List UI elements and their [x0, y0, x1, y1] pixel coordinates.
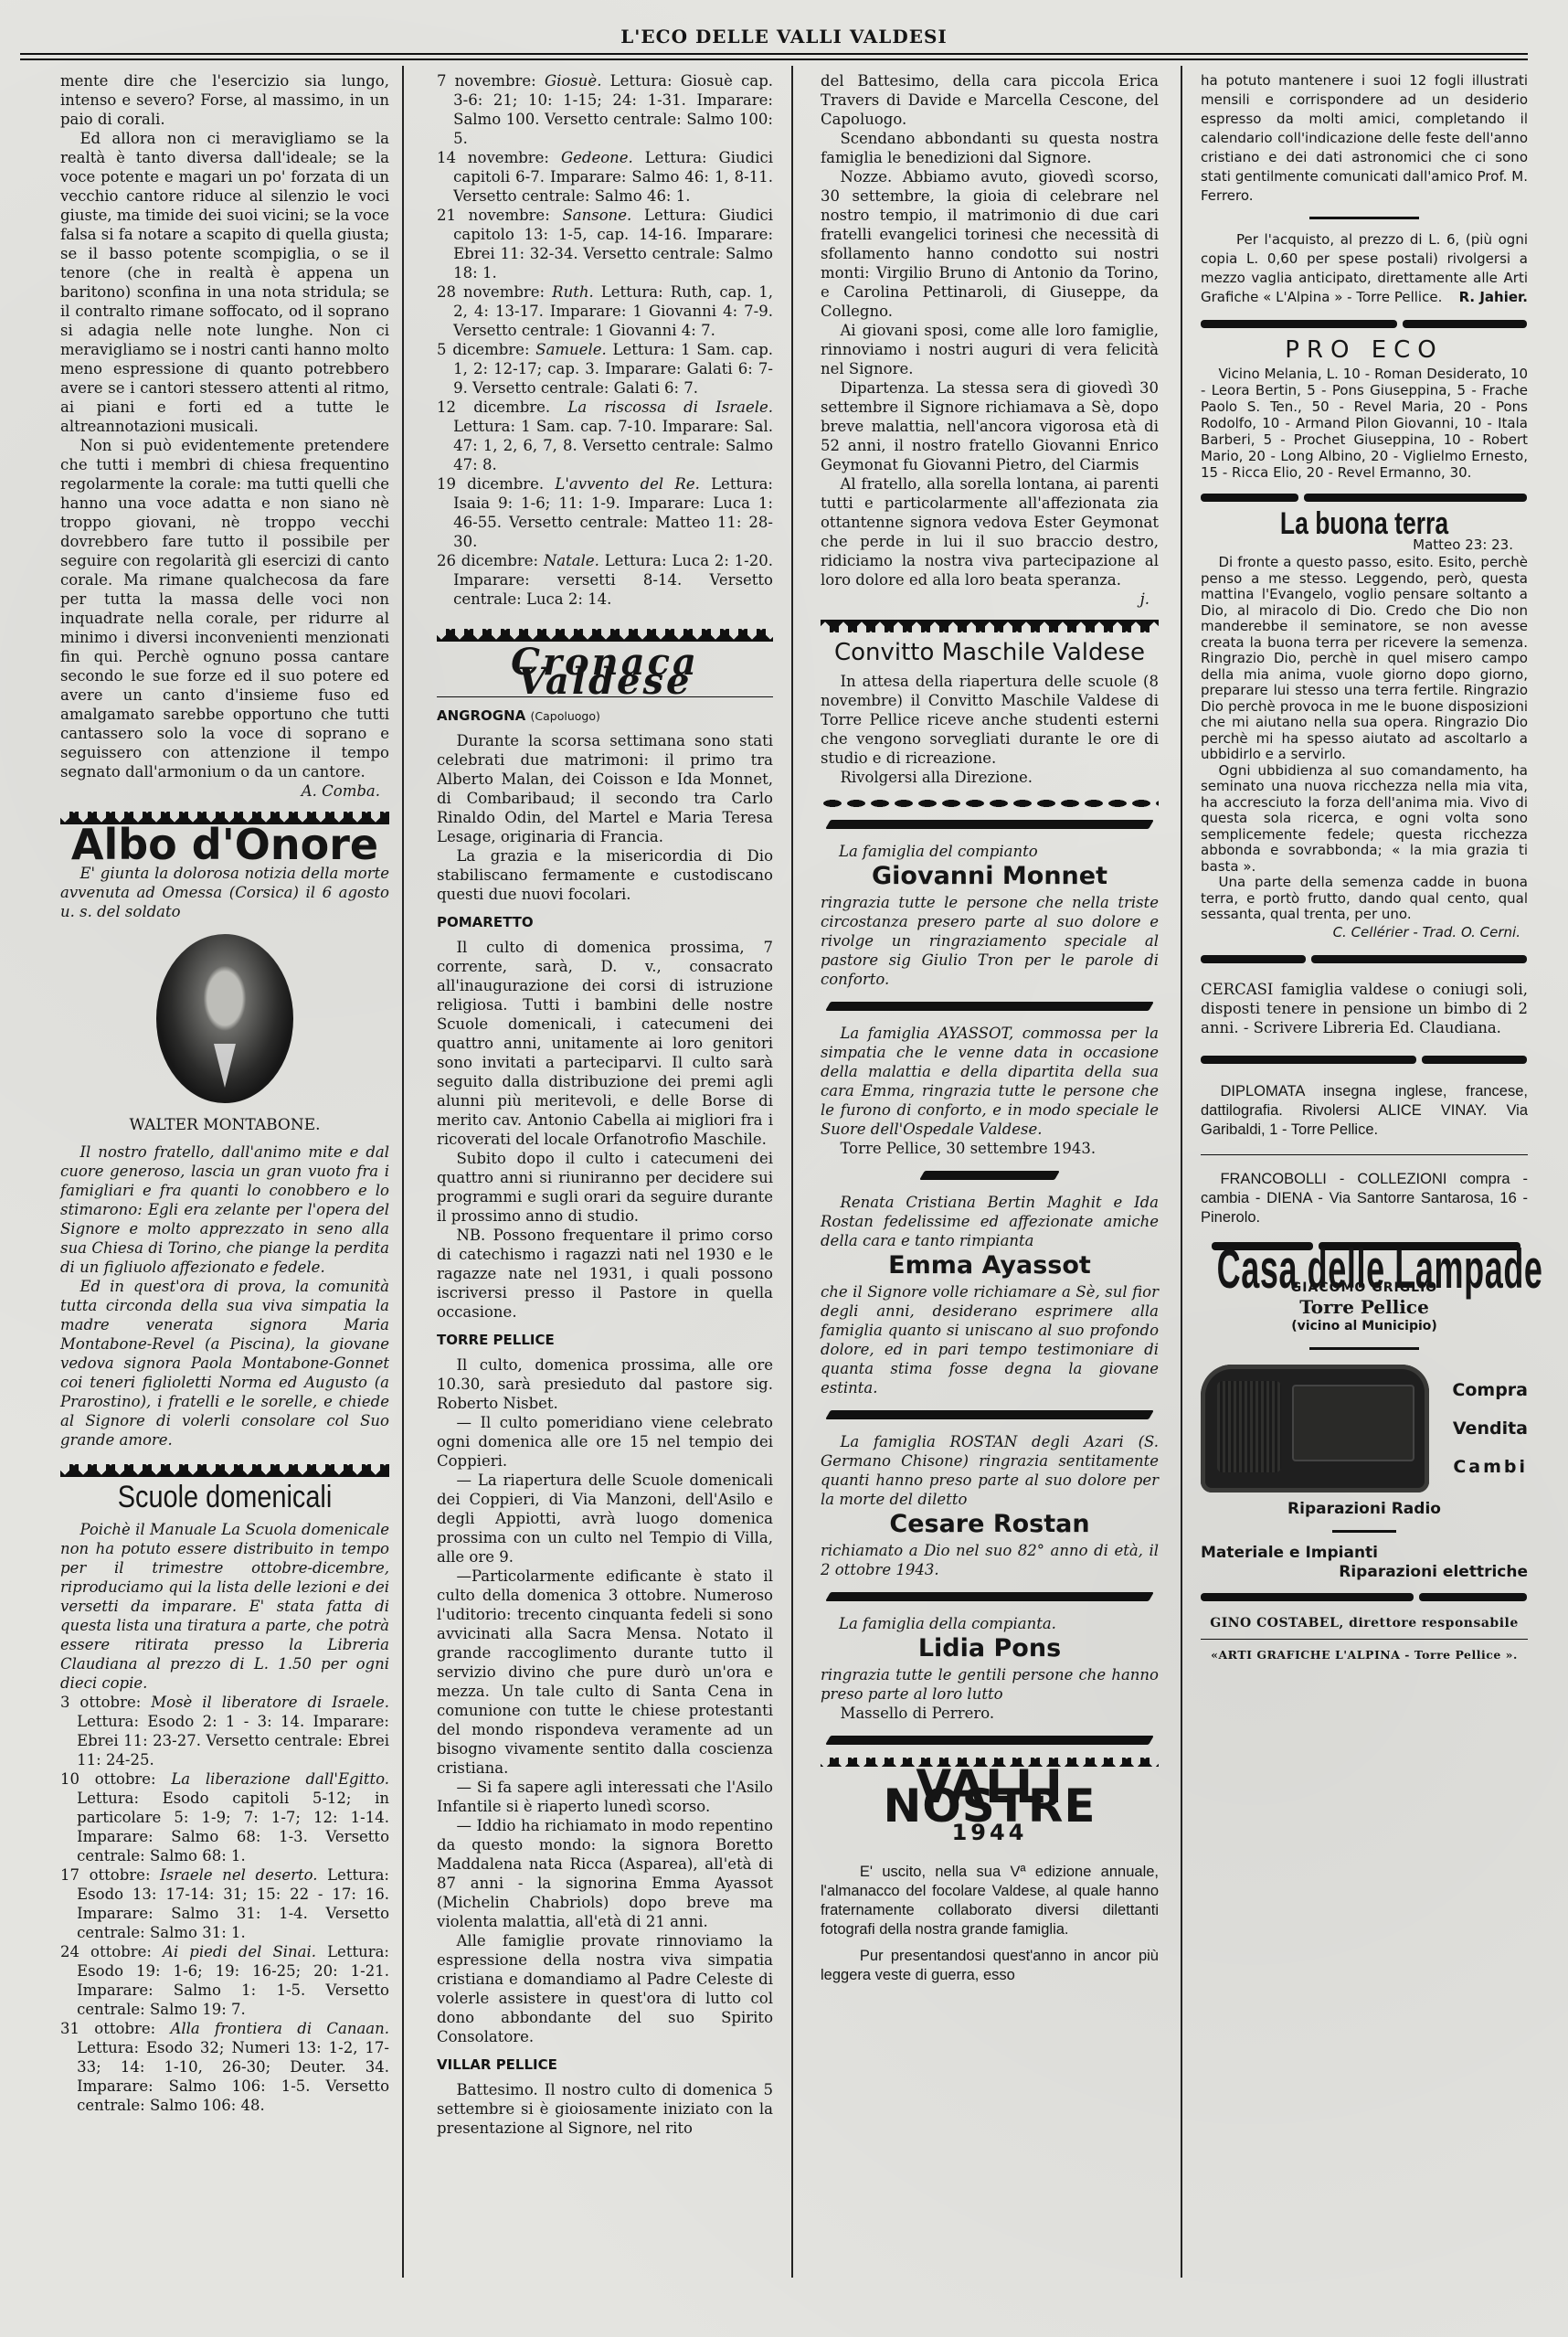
column-2: 7 novembre: Giosuè. Lettura: Giosuè cap.…	[437, 71, 773, 2138]
notice-text: ringrazia tutte le gentili persone che h…	[821, 1665, 1159, 1704]
notice-name: Lidia Pons	[821, 1639, 1159, 1658]
lampade-town: Torre Pellice	[1201, 1298, 1528, 1317]
scuole-title: Scuole domenicali	[85, 1488, 365, 1507]
lesson-item: 24 ottobre: Ai piedi del Sinai. Lettura:…	[60, 1942, 389, 2019]
mourning-bar	[825, 820, 1154, 829]
lesson-item: 17 ottobre: Israele nel deserto. Lettura…	[60, 1865, 389, 1942]
cronaca-title: Cronaca Valdese	[437, 653, 773, 697]
section-paragraph: del Battesimo, della cara piccola Erica …	[821, 71, 1159, 129]
short-rule	[1309, 217, 1419, 219]
scuole-intro: Poichè il Manuale La Scuola domenicale n…	[60, 1520, 389, 1693]
ornamental-divider	[821, 800, 1159, 807]
section-paragraph: Battesimo. Il nostro culto di domenica 5…	[437, 2080, 773, 2138]
section-heading-angrogna: ANGROGNA (Capoluogo)	[437, 706, 773, 726]
section-paragraph: Al fratello, alla sorella lontana, ai pa…	[821, 474, 1159, 590]
notice-intro: Renata Cristiana Bertin Maghit e Ida Ros…	[821, 1193, 1159, 1250]
section-heading-villar-pellice: VILLAR PELLICE	[437, 2055, 773, 2075]
lesson-item: 19 dicembre. L'avvento del Re. Lettura: …	[437, 474, 773, 551]
masthead-rule	[20, 58, 1528, 60]
article-paragraph: Ed allora non ci meravigliamo se la real…	[60, 129, 389, 436]
service-label: Cambi	[1429, 1448, 1528, 1486]
radio-illustration-row: Compra Vendita Cambi	[1201, 1365, 1528, 1492]
mourning-bar	[825, 1002, 1154, 1011]
thin-rule	[1201, 1639, 1528, 1640]
section-paragraph: — Si fa sapere agli interessati che l'As…	[437, 1778, 773, 1816]
service-label: Compra	[1429, 1371, 1528, 1409]
masthead: L'ECO DELLE VALLI VALDESI	[0, 26, 1568, 48]
buona-terra-title: La buona terra	[1236, 515, 1491, 534]
masthead-rule	[20, 53, 1528, 55]
notice-text: La famiglia AYASSOT, commossa per la sim…	[821, 1024, 1159, 1139]
section-heading-pomaretto: POMARETTO	[437, 913, 773, 932]
lesson-item: 31 ottobre: Alla frontiera di Canaan. Le…	[60, 2019, 389, 2115]
lesson-item: 12 dicembre. La riscossa di Israele. Let…	[437, 398, 773, 474]
double-bar	[1201, 955, 1528, 963]
lesson-item: 10 ottobre: La liberazione dall'Egitto. …	[60, 1769, 389, 1865]
lesson-item: 26 dicembre: Natale. Lettura: Luca 2: 1-…	[437, 551, 773, 609]
section-paragraph: Il culto di domenica prossima, 7 corrent…	[437, 938, 773, 1149]
double-bar	[1201, 1593, 1528, 1601]
ornamental-divider	[821, 620, 1159, 632]
section-paragraph: Nozze. Abbiamo avuto, giovedì scorso, 30…	[821, 167, 1159, 321]
convitto-paragraph: In attesa della riapertura delle scuole …	[821, 672, 1159, 768]
printer-credit: «ARTI GRAFICHE L'ALPINA - Torre Pellice …	[1201, 1645, 1528, 1664]
notice-text: richiamato a Dio nel suo 82° anno di età…	[821, 1541, 1159, 1579]
article-paragraph: mente dire che l'esercizio sia lungo, in…	[60, 71, 389, 129]
column-divider	[1181, 66, 1182, 2278]
classified-ad: DIPLOMATA insegna inglese, francese, dat…	[1201, 1082, 1528, 1140]
section-paragraph: Scendano abbondanti su questa nostra fam…	[821, 129, 1159, 167]
section-paragraph: — Iddio ha richiamato in modo repentino …	[437, 1816, 773, 1931]
short-rule	[1309, 1347, 1419, 1350]
valli-year: 1944	[821, 1823, 1159, 1843]
radio-illustration	[1201, 1365, 1429, 1492]
mourning-bar	[919, 1171, 1060, 1180]
section-paragraph: Ai giovani sposi, come alle loro famigli…	[821, 321, 1159, 378]
albo-paragraph: Ed in quest'ora di prova, la comunità tu…	[60, 1277, 389, 1450]
section-paragraph: Subito dopo il culto i catecumeni dei qu…	[437, 1149, 773, 1226]
mourning-bar	[825, 1736, 1154, 1745]
notice-intro: La famiglia ROSTAN degli Azari (S. Germa…	[821, 1432, 1159, 1509]
albo-intro: E' giunta la dolorosa notizia della mort…	[60, 864, 389, 921]
column-3: del Battesimo, della cara piccola Erica …	[821, 71, 1159, 1985]
convitto-title: Convitto Maschile Valdese	[821, 643, 1159, 663]
buona-terra-paragraph: Ogni ubbidienza al suo comandamento, ha …	[1201, 763, 1528, 876]
notice-name: Giovanni Monnet	[821, 866, 1159, 886]
lampade-repair-radio: Riparazioni Radio	[1201, 1500, 1528, 1519]
notice-text: ringrazia tutte le persone che nella tri…	[821, 893, 1159, 989]
albo-title: Albo d'Onore	[60, 835, 389, 855]
section-signature: j.	[821, 590, 1150, 609]
double-bar	[1201, 1056, 1528, 1064]
section-paragraph: Durante la scorsa settimana sono stati c…	[437, 731, 773, 846]
classified-ad: FRANCOBOLLI - COLLEZIONI compra - cambia…	[1201, 1170, 1528, 1227]
classified-ad: CERCASI famiglia valdese o coniugi soli,…	[1201, 980, 1528, 1037]
lesson-item: 21 novembre: Sansone. Lettura: Giudici c…	[437, 206, 773, 282]
section-paragraph: La grazia e la misericordia di Dio stabi…	[437, 846, 773, 904]
section-paragraph: Alle famiglie provate rinnoviamo la espr…	[437, 1931, 773, 2046]
notice-name: Cesare Rostan	[821, 1514, 1159, 1534]
ornamental-divider	[60, 1464, 389, 1477]
column-1: mente dire che l'esercizio sia lungo, in…	[60, 71, 389, 2115]
lesson-item: 5 dicembre: Samuele. Lettura: 1 Sam. cap…	[437, 340, 773, 398]
notice-footer: Torre Pellice, 30 settembre 1943.	[821, 1139, 1159, 1158]
buona-terra-signature: C. Cellérier - Trad. O. Cerni.	[1201, 923, 1520, 942]
double-bar	[1201, 320, 1528, 328]
photo-caption: WALTER MONTABONE.	[60, 1116, 389, 1135]
mourning-bar	[825, 1592, 1154, 1601]
short-rule	[1332, 1530, 1396, 1533]
article-signature: A. Comba.	[60, 781, 380, 801]
valli-paragraph: Pur presentandosi quest'anno in ancor pi…	[821, 1947, 1159, 1985]
notice-text: che il Signore volle richiamare a Sè, su…	[821, 1282, 1159, 1397]
buona-terra-paragraph: Una parte della semenza cadde in buona t…	[1201, 875, 1528, 923]
service-label: Vendita	[1429, 1409, 1528, 1448]
lesson-item: 14 novembre: Gedeone. Lettura: Giudici c…	[437, 148, 773, 206]
lesson-item: 3 ottobre: Mosè il liberatore di Israele…	[60, 1693, 389, 1769]
section-heading-torre-pellice: TORRE PELLICE	[437, 1331, 773, 1350]
section-paragraph: Dipartenza. La stessa sera di giovedì 30…	[821, 378, 1159, 474]
lampade-location: (vicino al Municipio)	[1201, 1317, 1528, 1336]
lesson-item: 28 novembre: Ruth. Lettura: Ruth, cap. 1…	[437, 282, 773, 340]
column-divider	[402, 66, 404, 2278]
lampade-repair-electric: Riparazioni elettriche	[1201, 1563, 1528, 1582]
buona-terra-paragraph: Di fronte a questo passo, esito. Esito, …	[1201, 555, 1528, 763]
lesson-list: 3 ottobre: Mosè il liberatore di Israele…	[60, 1693, 389, 2115]
section-paragraph: —Particolarmente edificante è stato il c…	[437, 1567, 773, 1778]
convitto-paragraph: Rivolgersi alla Direzione.	[821, 768, 1159, 787]
valli-title: VALLI NOSTRE	[821, 1778, 1159, 1816]
section-paragraph: — Il culto pomeridiano viene celebrato o…	[437, 1413, 773, 1471]
lesson-item: 7 novembre: Giosuè. Lettura: Giosuè cap.…	[437, 71, 773, 148]
mourning-bar	[825, 1410, 1154, 1419]
section-paragraph: Il culto, domenica prossima, alle ore 10…	[437, 1355, 773, 1413]
editor-credit: GINO COSTABEL, direttore responsabile	[1201, 1614, 1528, 1633]
lampade-title: Casa delle Lampade	[1217, 1259, 1512, 1279]
lampade-material: Materiale e Impianti	[1201, 1544, 1528, 1563]
thin-rule	[1201, 1154, 1528, 1155]
notice-name: Emma Ayassot	[821, 1256, 1159, 1275]
lampade-services: Compra Vendita Cambi	[1429, 1371, 1528, 1486]
double-bar	[1201, 494, 1528, 502]
lesson-list: 7 novembre: Giosuè. Lettura: Giosuè cap.…	[437, 71, 773, 609]
valli-paragraph: ha potuto mantenere i suoi 12 fogli illu…	[1201, 71, 1528, 206]
article-paragraph: Non si può evidentemente pretendere che …	[60, 436, 389, 781]
albo-paragraph: Il nostro fratello, dall'animo mite e da…	[60, 1142, 389, 1277]
pro-eco-title: PRO ECO	[1201, 341, 1528, 360]
column-4: ha potuto mantenere i suoi 12 fogli illu…	[1201, 71, 1528, 1664]
notice-intro: La famiglia della compianta.	[839, 1614, 1159, 1633]
portrait-photo	[156, 934, 293, 1103]
notice-footer: Massello di Perrero.	[821, 1704, 1159, 1723]
ornamental-divider	[437, 629, 773, 642]
pro-eco-list: Vicino Melania, L. 10 - Roman Desiderato…	[1201, 366, 1528, 481]
column-divider	[791, 66, 793, 2278]
valli-paragraph: E' uscito, nella sua Vª edizione annuale…	[821, 1863, 1159, 1939]
section-paragraph: — La riapertura delle Scuole domenicali …	[437, 1471, 773, 1567]
section-paragraph: NB. Possono frequentare il primo corso d…	[437, 1226, 773, 1322]
notice-intro: La famiglia del compianto	[839, 842, 1159, 861]
